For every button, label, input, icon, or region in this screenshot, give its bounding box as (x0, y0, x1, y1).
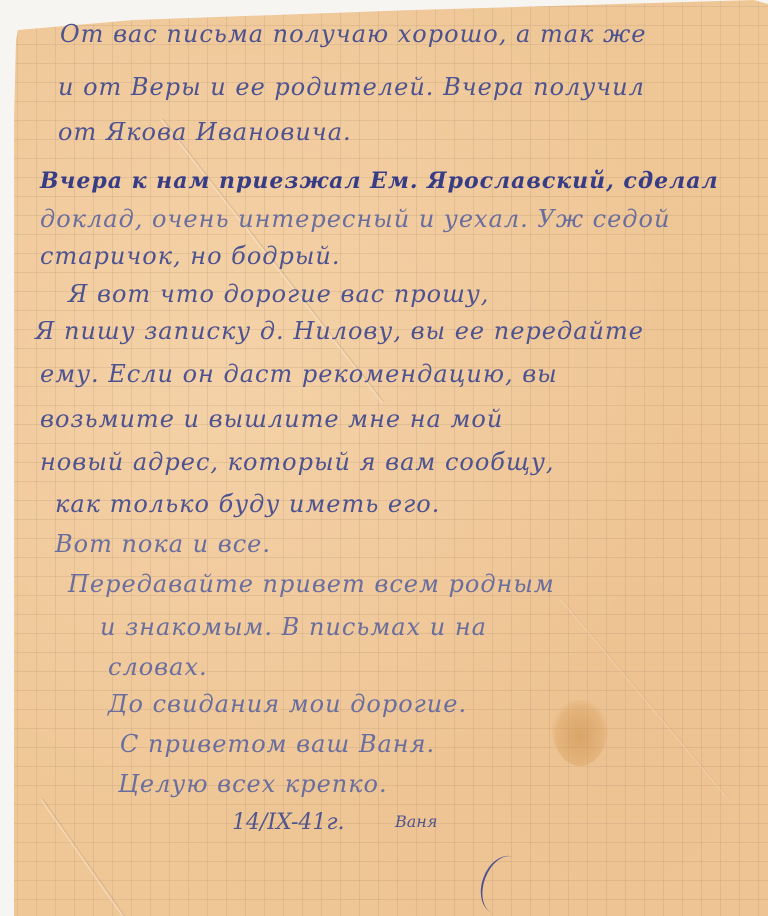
signature: Ваня (395, 812, 437, 831)
letter-line-10: возьмите и вышлите мне на мой (40, 405, 503, 433)
letter-line-3: от Якова Ивановича. (58, 118, 352, 146)
letter-line-15: и знакомым. В письмах и на (100, 613, 487, 641)
letter-date: 14/IX-41г. (232, 810, 345, 835)
letter-line-14: Передавайте привет всем родным (68, 570, 555, 598)
letter-line-5: доклад, очень интересный и уехал. Уж сед… (40, 205, 670, 233)
letter-line-11: новый адрес, который я вам сообщу, (40, 448, 555, 476)
letter-line-9: ему. Если он даст рекомендацию, вы (40, 360, 558, 388)
letter-line-18: С приветом ваш Ваня. (120, 730, 435, 758)
letter-line-7: Я вот что дорогие вас прошу, (68, 280, 489, 308)
letter-line-6: старичок, но бодрый. (40, 242, 341, 270)
letter-line-8: Я пишу записку д. Нилову, вы ее передайт… (35, 317, 644, 345)
letter-line-1: От вас письма получаю хорошо, а так же (60, 20, 646, 48)
letter-line-12: как только буду иметь его. (55, 490, 440, 518)
letter-line-16: словах. (108, 653, 208, 681)
letter-line-2: и от Веры и ее родителей. Вчера получил (58, 73, 645, 101)
letter-line-4: Вчера к нам приезжал Ем. Ярославский, сд… (40, 168, 719, 194)
letter-line-13: Вот пока и все. (55, 530, 271, 558)
letter-line-19: Целую всех крепко. (118, 770, 388, 798)
letter-line-17: До свидания мои дорогие. (108, 690, 467, 718)
